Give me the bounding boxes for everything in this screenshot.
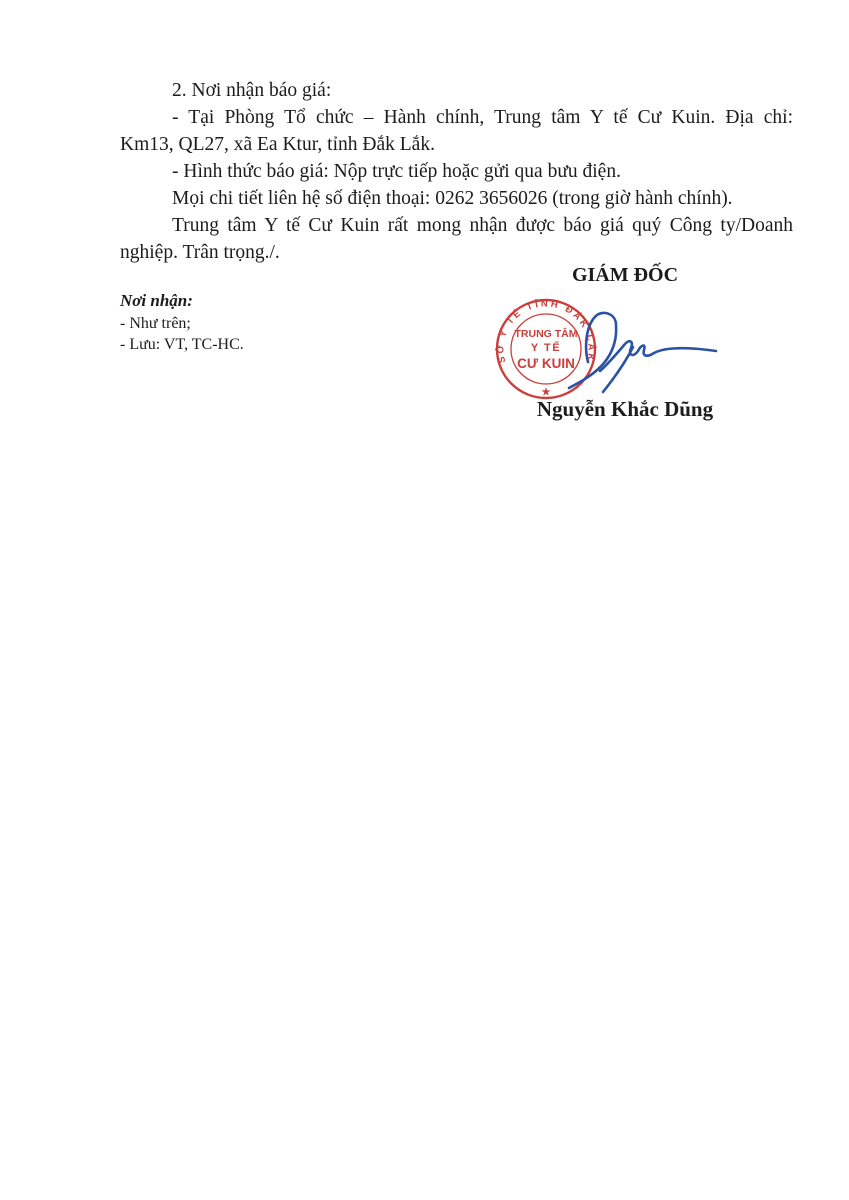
handwritten-signature <box>545 300 725 402</box>
body-line-address-2: Km13, QL27, xã Ea Ktur, tỉnh Đắk Lắk. <box>120 131 793 158</box>
signature-strokes <box>569 313 716 392</box>
body-line-address-1: - Tại Phòng Tổ chức – Hành chính, Trung … <box>120 104 793 131</box>
recipients-item: - Lưu: VT, TC-HC. <box>120 334 420 355</box>
signer-name: Nguyễn Khắc Dũng <box>480 395 770 423</box>
signer-title: GIÁM ĐỐC <box>460 262 790 289</box>
recipients-item: - Như trên; <box>120 313 420 334</box>
body-line-phone: Mọi chi tiết liên hệ số điện thoại: 0262… <box>120 185 793 212</box>
document-page: 2. Nơi nhận báo giá: - Tại Phòng Tổ chức… <box>0 0 849 1200</box>
recipients-block: Nơi nhận: - Như trên; - Lưu: VT, TC-HC. <box>120 289 420 355</box>
recipients-heading: Nơi nhận: <box>120 289 420 313</box>
body-line-closing-1: Trung tâm Y tế Cư Kuin rất mong nhận đượ… <box>120 212 793 239</box>
body-text-block: 2. Nơi nhận báo giá: - Tại Phòng Tổ chức… <box>120 77 793 266</box>
body-line-heading: 2. Nơi nhận báo giá: <box>120 77 793 104</box>
body-line-method: - Hình thức báo giá: Nộp trực tiếp hoặc … <box>120 158 793 185</box>
